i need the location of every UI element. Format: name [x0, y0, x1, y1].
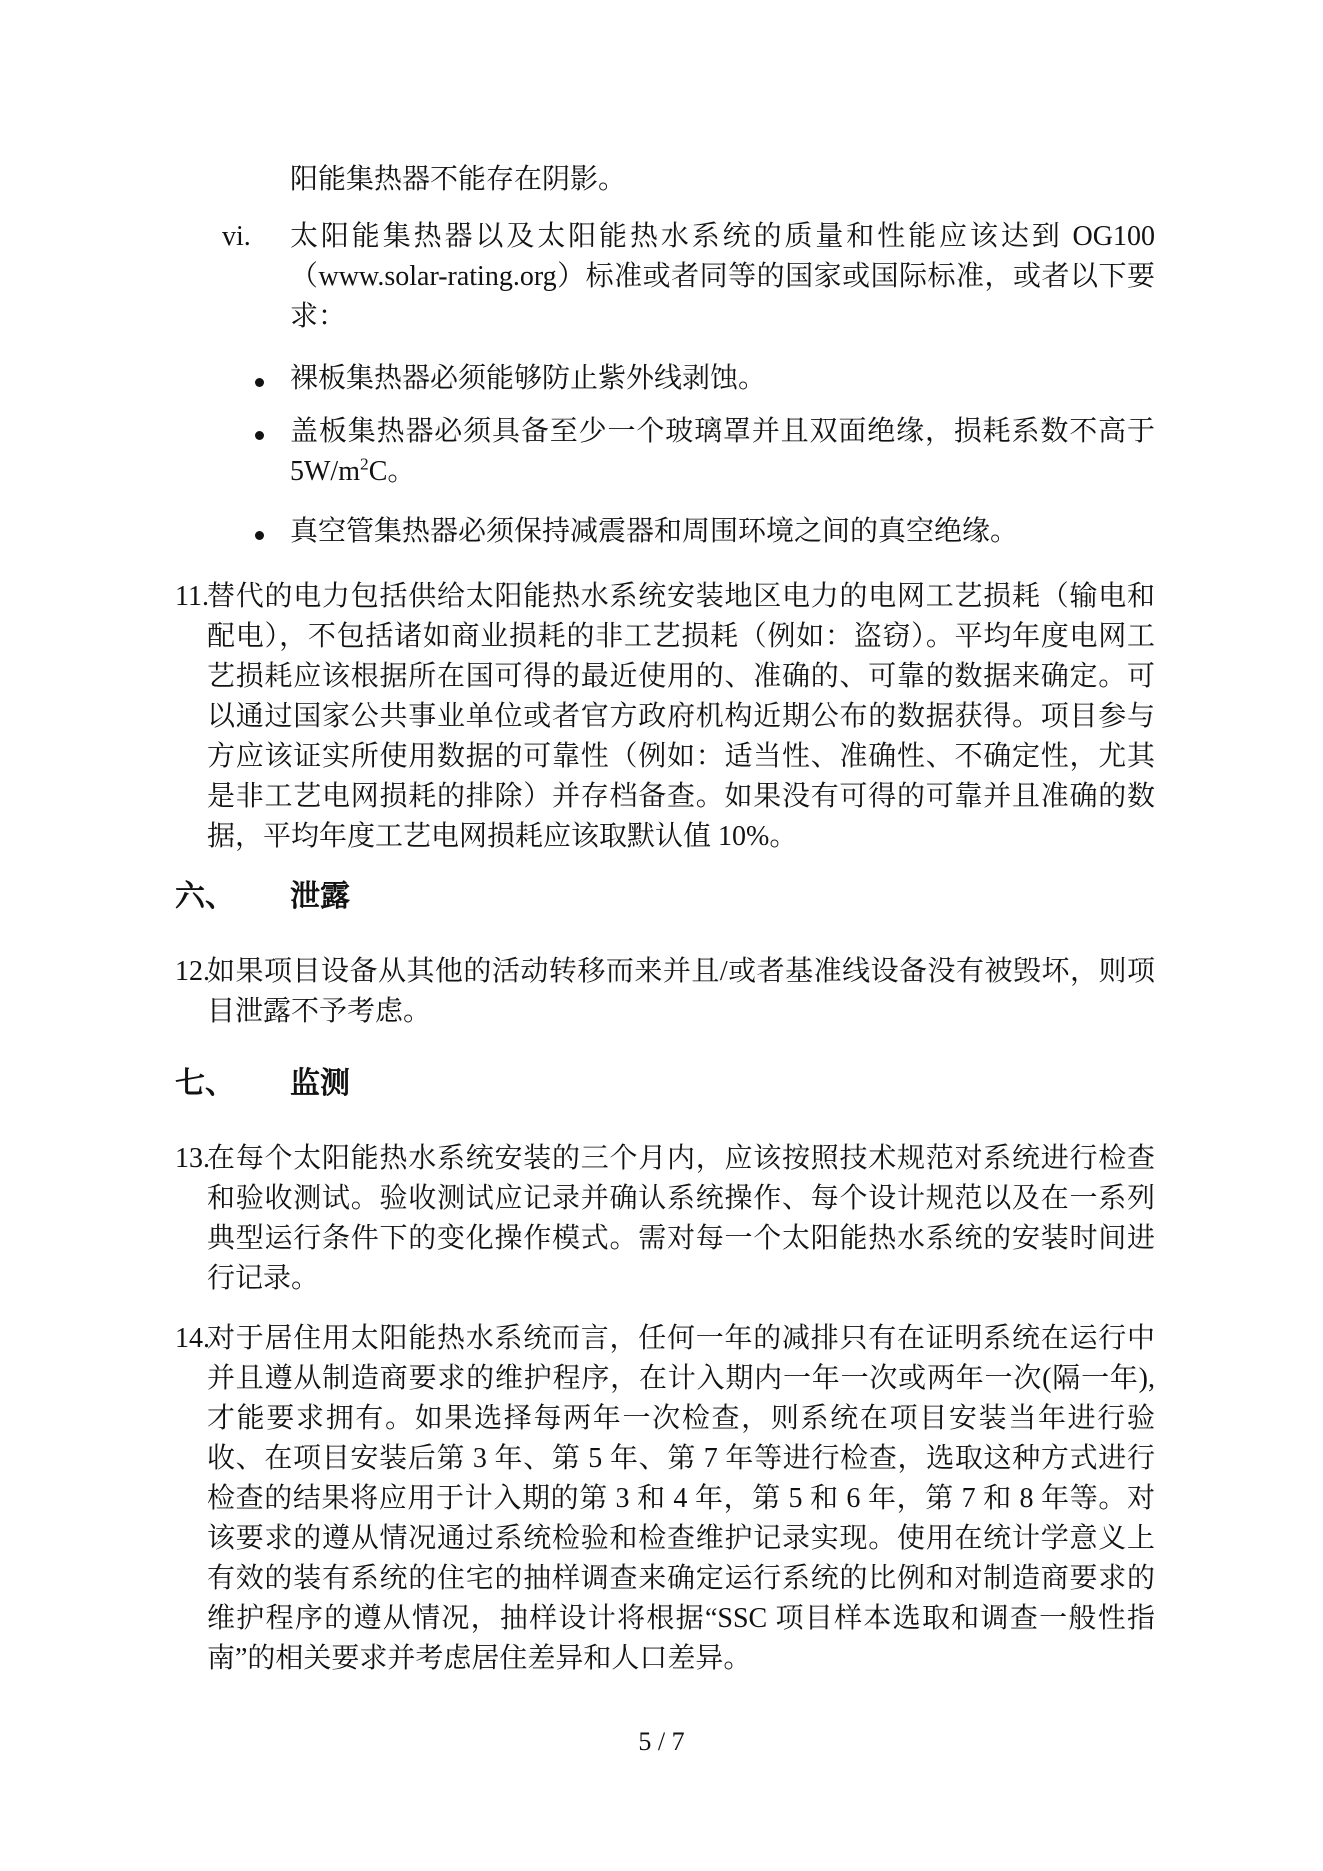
paragraph-number: 13. [175, 1139, 207, 1179]
numbered-paragraph-11: 11. 替代的电力包括供给太阳能热水系统安装地区电力的电网工艺损耗（输电和配电）… [175, 577, 1155, 857]
paragraph-text: 替代的电力包括供给太阳能热水系统安装地区电力的电网工艺损耗（输电和配电），不包括… [207, 577, 1155, 857]
numbered-paragraph-14: 14. 对于居住用太阳能热水系统而言，任何一年的减排只有在证明系统在运行中并且遵… [175, 1319, 1155, 1679]
paragraph-text: 如果项目设备从其他的活动转移而来并且/或者基准线设备没有被毁坏，则项目泄露不予考… [207, 952, 1155, 1032]
page-number-footer: 5 / 7 [0, 1726, 1323, 1758]
numbered-paragraph-12: 12. 如果项目设备从其他的活动转移而来并且/或者基准线设备没有被毁坏，则项目泄… [175, 952, 1155, 1032]
section-heading-leakage: 六、 泄露 [175, 877, 1155, 917]
bullet-text-post: C。 [369, 456, 416, 487]
paragraph-number: 14. [175, 1319, 207, 1359]
section-number: 六、 [175, 877, 290, 917]
bullet-marker [255, 359, 290, 399]
bullet-text: 裸板集热器必须能够防止紫外线剥蚀。 [290, 359, 1155, 399]
bullet-dot-icon [255, 531, 264, 540]
numbered-paragraph-13: 13. 在每个太阳能热水系统安装的三个月内，应该按照技术规范对系统进行检查和验收… [175, 1139, 1155, 1299]
superscript-exponent: 2 [360, 455, 369, 474]
paragraph-number: 11. [175, 577, 207, 617]
bullet-item: 裸板集热器必须能够防止紫外线剥蚀。 [255, 359, 1155, 399]
list-item-vi: vi. 太阳能集热器以及太阳能热水系统的质量和性能应该达到 OG100（www.… [222, 217, 1155, 337]
bullet-text-pre: 盖板集热器必须具备至少一个玻璃罩并且双面绝缘，损耗系数不高于 5W/m [290, 416, 1155, 487]
section-heading-monitoring: 七、 监测 [175, 1064, 1155, 1104]
bullet-text: 盖板集热器必须具备至少一个玻璃罩并且双面绝缘，损耗系数不高于 5W/m2C。 [290, 412, 1155, 492]
bullet-marker [255, 512, 290, 552]
paragraph-number: 12. [175, 952, 207, 992]
paragraph-text: 在每个太阳能热水系统安装的三个月内，应该按照技术规范对系统进行检查和验收测试。验… [207, 1139, 1155, 1299]
section-number: 七、 [175, 1064, 290, 1104]
bullet-marker [255, 412, 290, 452]
paragraph-text: 对于居住用太阳能热水系统而言，任何一年的减排只有在证明系统在运行中并且遵从制造商… [207, 1319, 1155, 1679]
bullet-text: 真空管集热器必须保持减震器和周围环境之间的真空绝缘。 [290, 512, 1155, 552]
section-title: 监测 [290, 1064, 350, 1104]
bullet-dot-icon [255, 431, 264, 440]
section-title: 泄露 [290, 877, 350, 917]
document-page: 阳能集热器不能存在阴影。 vi. 太阳能集热器以及太阳能热水系统的质量和性能应该… [0, 0, 1323, 1871]
roman-numeral-marker: vi. [222, 217, 290, 257]
bullet-item: 真空管集热器必须保持减震器和周围环境之间的真空绝缘。 [255, 512, 1155, 552]
continuation-text: 阳能集热器不能存在阴影。 [290, 160, 1155, 200]
list-item-vi-text: 太阳能集热器以及太阳能热水系统的质量和性能应该达到 OG100（www.sola… [290, 217, 1155, 337]
bullet-dot-icon [255, 378, 264, 387]
bullet-item: 盖板集热器必须具备至少一个玻璃罩并且双面绝缘，损耗系数不高于 5W/m2C。 [255, 412, 1155, 492]
